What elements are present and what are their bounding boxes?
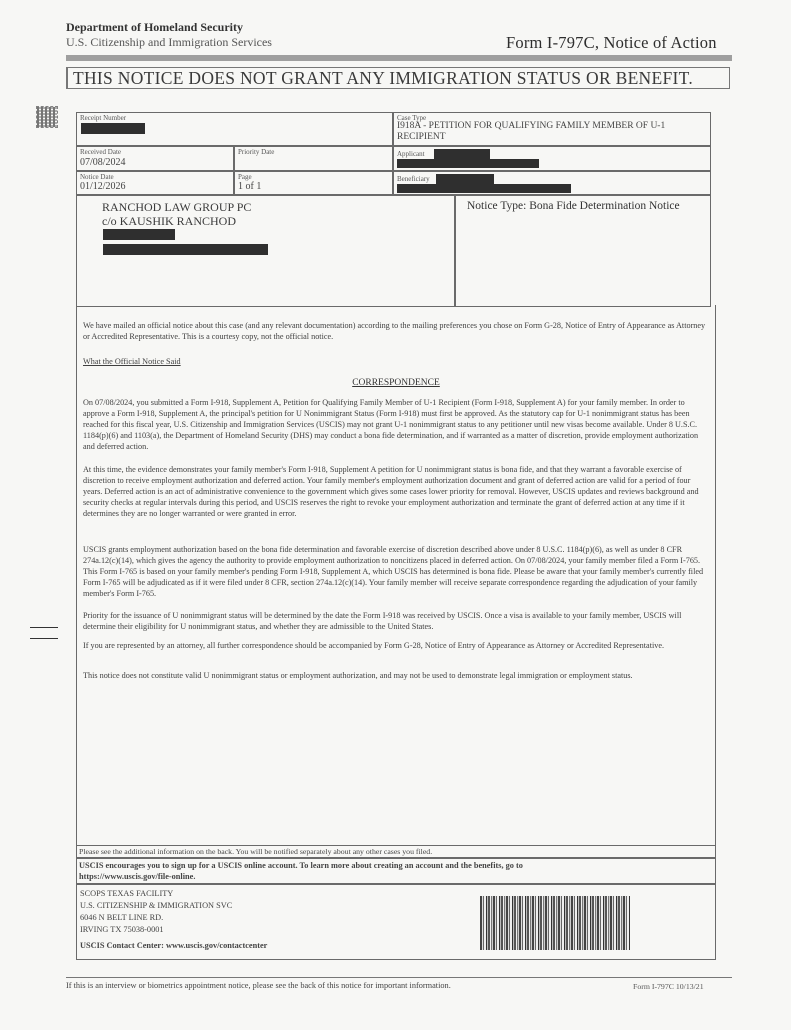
body-paragraph-4: Priority for the issuance of U nonimmigr… bbox=[83, 610, 708, 632]
office-line-3: 6046 N BELT LINE RD. bbox=[80, 913, 163, 922]
additional-info-box: Please see the additional information on… bbox=[76, 845, 716, 858]
applicant-redacted-1 bbox=[434, 149, 490, 159]
beneficiary-cell: Beneficiary bbox=[393, 171, 711, 195]
notice-date-label: Notice Date bbox=[80, 173, 114, 181]
beneficiary-redacted-1 bbox=[436, 174, 494, 184]
disclaimer-banner: THIS NOTICE DOES NOT GRANT ANY IMMIGRATI… bbox=[66, 67, 730, 89]
datamatrix-code-icon bbox=[37, 107, 57, 127]
agency-name: U.S. Citizenship and Immigration Service… bbox=[66, 35, 272, 50]
official-notice-subheading: What the Official Notice Said bbox=[83, 356, 708, 367]
footer-note: If this is an interview or biometrics ap… bbox=[66, 981, 451, 990]
addressee-redacted-2 bbox=[103, 244, 268, 255]
case-type-value: I918A - PETITION FOR QUALIFYING FAMILY M… bbox=[397, 121, 697, 143]
receipt-number-label: Receipt Number bbox=[80, 114, 126, 122]
department-name: Department of Homeland Security bbox=[66, 20, 243, 35]
form-title: Form I-797C, Notice of Action bbox=[506, 33, 717, 53]
courtesy-copy-intro: We have mailed an official notice about … bbox=[83, 320, 708, 342]
header-divider bbox=[66, 55, 732, 61]
addressee-line-1: RANCHOD LAW GROUP PC bbox=[102, 200, 251, 215]
footer-divider bbox=[66, 977, 732, 978]
priority-date-cell: Priority Date bbox=[234, 146, 393, 171]
case-type-cell: Case Type I918A - PETITION FOR QUALIFYIN… bbox=[393, 112, 711, 146]
body-paragraph-6: This notice does not constitute valid U … bbox=[83, 670, 708, 681]
online-account-text: USCIS encourages you to sign up for a US… bbox=[79, 860, 549, 882]
page-value: 1 of 1 bbox=[238, 181, 261, 192]
office-line-1: SCOPS TEXAS FACILITY bbox=[80, 889, 173, 898]
notice-date-cell: Notice Date 01/12/2026 bbox=[76, 171, 234, 195]
form-edition: Form I-797C 10/13/21 bbox=[633, 982, 704, 991]
contact-center-link[interactable]: USCIS Contact Center: www.uscis.gov/cont… bbox=[80, 941, 267, 950]
addressee-box: RANCHOD LAW GROUP PC c/o KAUSHIK RANCHOD bbox=[76, 195, 455, 307]
margin-fold-mark-2 bbox=[30, 638, 58, 639]
online-account-box: USCIS encourages you to sign up for a US… bbox=[76, 858, 716, 884]
correspondence-heading: CORRESPONDENCE bbox=[76, 378, 716, 388]
page-cell: Page 1 of 1 bbox=[234, 171, 393, 195]
applicant-label: Applicant bbox=[397, 150, 425, 158]
received-date-label: Received Date bbox=[80, 148, 121, 156]
receipt-number-cell: Receipt Number bbox=[76, 112, 393, 146]
body-paragraph-1: On 07/08/2024, you submitted a Form I-91… bbox=[83, 397, 708, 452]
addressee-redacted-1 bbox=[103, 229, 175, 240]
addressee-line-2: c/o KAUSHIK RANCHOD bbox=[102, 214, 236, 229]
applicant-cell: Applicant bbox=[393, 146, 711, 171]
barcode-icon bbox=[480, 896, 630, 950]
beneficiary-redacted-2 bbox=[397, 184, 571, 193]
priority-date-label: Priority Date bbox=[238, 148, 274, 156]
office-line-2: U.S. CITIZENSHIP & IMMIGRATION SVC bbox=[80, 901, 232, 910]
receipt-number-redacted bbox=[81, 123, 145, 134]
body-paragraph-3: USCIS grants employment authorization ba… bbox=[83, 544, 708, 599]
notice-type-box: Notice Type: Bona Fide Determination Not… bbox=[455, 195, 711, 307]
body-paragraph-5: If you are represented by an attorney, a… bbox=[83, 640, 708, 651]
additional-info-text: Please see the additional information on… bbox=[79, 847, 432, 856]
notice-date-value: 01/12/2026 bbox=[80, 181, 126, 192]
received-date-cell: Received Date 07/08/2024 bbox=[76, 146, 234, 171]
body-paragraph-2: At this time, the evidence demonstrates … bbox=[83, 464, 708, 519]
office-line-4: IRVING TX 75038-0001 bbox=[80, 925, 164, 934]
notice-type: Notice Type: Bona Fide Determination Not… bbox=[467, 200, 680, 212]
page-label: Page bbox=[238, 173, 252, 181]
received-date-value: 07/08/2024 bbox=[80, 157, 126, 168]
beneficiary-label: Beneficiary bbox=[397, 175, 430, 183]
applicant-redacted-2 bbox=[397, 159, 539, 168]
margin-fold-mark-1 bbox=[30, 627, 58, 628]
